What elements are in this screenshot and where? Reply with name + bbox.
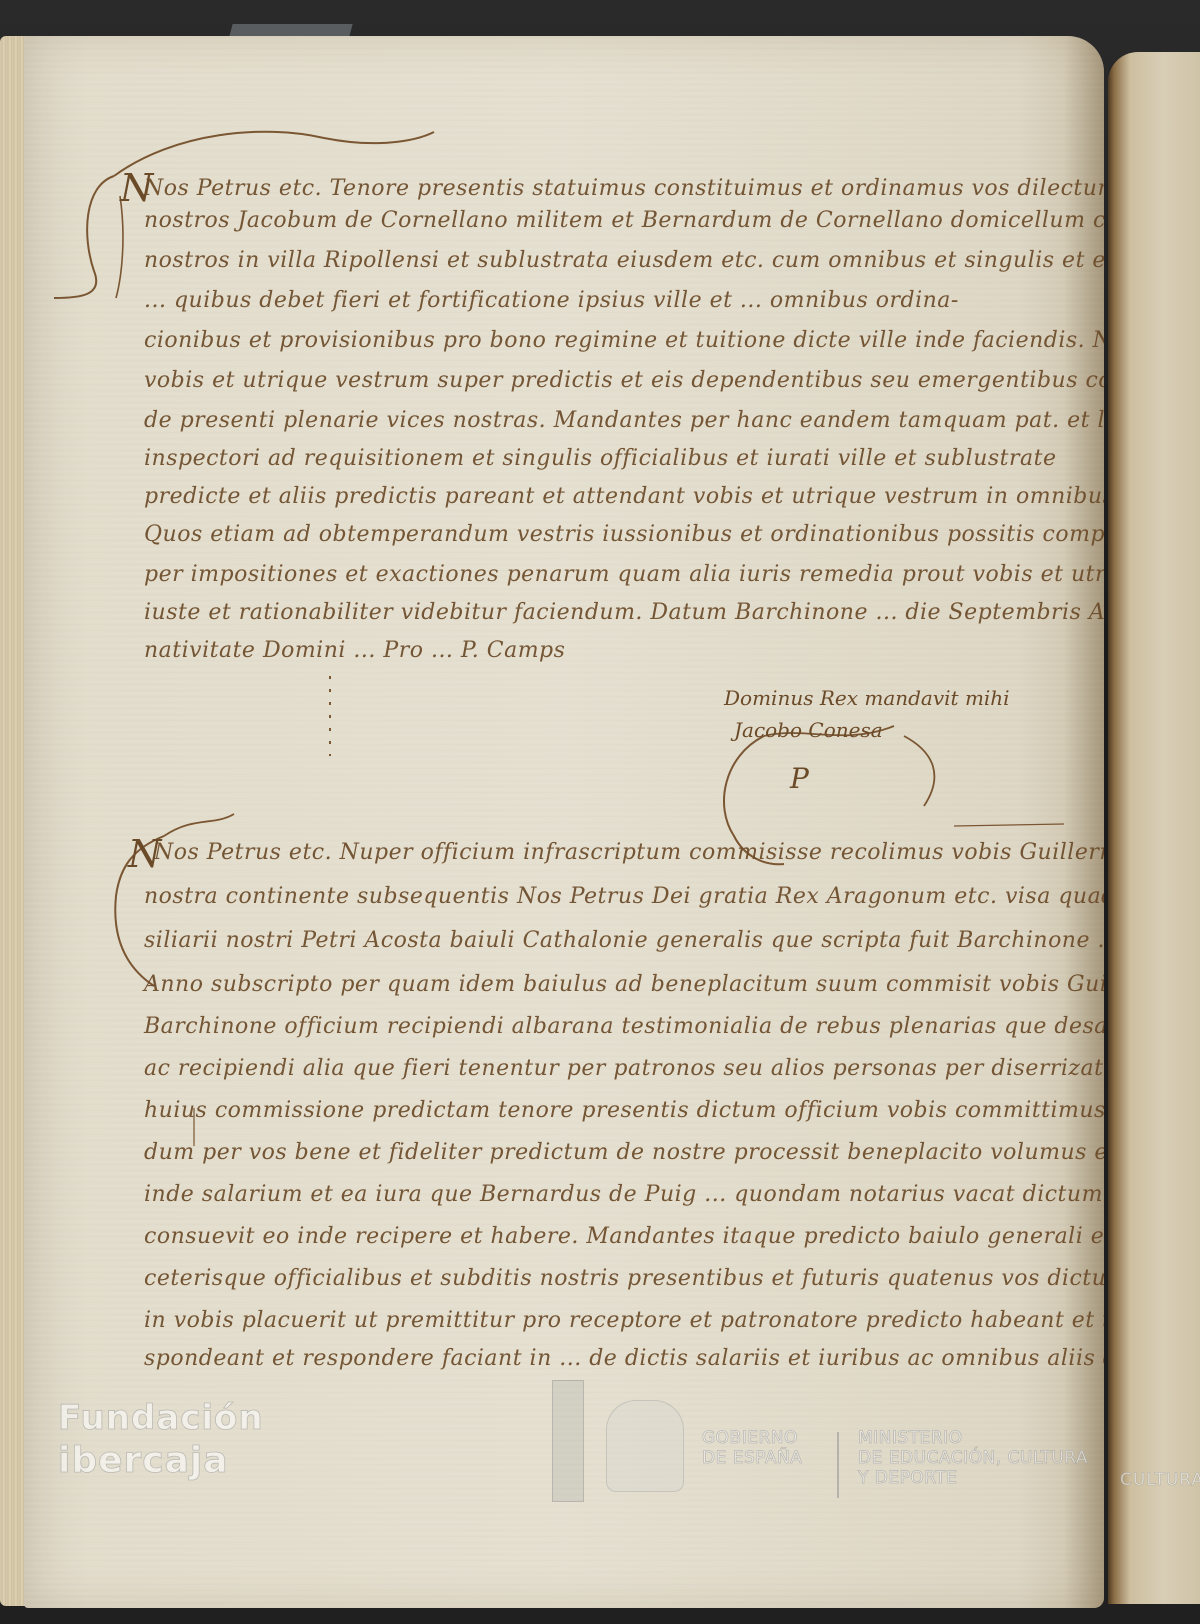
entry-2-line: spondeant et respondere faciant in ... d… <box>144 1346 1104 1371</box>
entry-2-line: ac recipiendi alia que fieri tenentur pe… <box>144 1056 1104 1081</box>
watermark-ministerio: MINISTERIO DE EDUCACIÓN, CULTURA Y DEPOR… <box>858 1428 1088 1488</box>
manuscript-page: N Nos Petrus etc. Tenore presentis statu… <box>24 36 1104 1608</box>
entry-2-line: ceterisque officialibus et subditis nost… <box>144 1266 1104 1291</box>
facing-page: CULTURA <box>1108 52 1200 1604</box>
watermark-overflow-text: CULTURA <box>1120 1470 1200 1490</box>
entry-2-line: Barchinone officium recipiendi albarana … <box>144 1014 1104 1039</box>
entry-1-line: Quos etiam ad obtemperandum vestris iuss… <box>144 522 1104 547</box>
entry-2-line: Nos Petrus etc. Nuper officium infrascri… <box>154 840 1104 865</box>
entry-2-line: consuevit eo inde recipere et habere. Ma… <box>144 1224 1104 1249</box>
watermark-divider <box>837 1432 839 1498</box>
entry-2-line: in vobis placuerit ut premittitur pro re… <box>144 1308 1104 1333</box>
entry-1-line: per impositiones et exactiones penarum q… <box>144 562 1104 587</box>
watermark-fundacion: Fundación <box>58 1398 264 1438</box>
watermark-ibercaja: ibercaja <box>58 1440 229 1481</box>
subscription-line: Dominus Rex mandavit mihi <box>724 686 1010 710</box>
gobierno-line: GOBIERNO <box>702 1428 802 1448</box>
entry-2-line: nostra continente subsequentis Nos Petru… <box>144 884 1104 909</box>
entry-1-line: nativitate Domini ... Pro ... P. Camps <box>144 638 565 663</box>
entry-2-line: inde salarium et ea iura que Bernardus d… <box>144 1182 1104 1207</box>
entry-1-line: nostros Jacobum de Cornellano militem et… <box>144 208 1104 233</box>
entry-2-line: huius commissione predictam tenore prese… <box>144 1098 1104 1123</box>
ministerio-line: MINISTERIO <box>858 1428 1088 1448</box>
entry-2-line: Anno subscripto per quam idem baiulus ad… <box>144 972 1104 997</box>
ministerio-line: Y DEPORTE <box>858 1468 1088 1488</box>
entry-1-line: inspectori ad requisitionem et singulis … <box>144 446 1057 471</box>
entry-1-line: predicte et aliis predictis pareant et a… <box>144 484 1104 509</box>
entry-1-line: ... quibus debet fieri et fortificatione… <box>144 288 959 313</box>
gobierno-line: DE ESPAÑA <box>702 1448 802 1468</box>
entry-1-line: Nos Petrus etc. Tenore presentis statuim… <box>144 176 1104 201</box>
entry-2-line: siliarii nostri Petri Acosta baiuli Cath… <box>144 928 1104 953</box>
entry-1-line: de presenti plenarie vices nostras. Mand… <box>144 408 1104 433</box>
spain-flag-icon <box>552 1380 584 1502</box>
entry-1-line: nostros in villa Ripollensi et sublustra… <box>144 248 1104 273</box>
entry-1-line: iuste et rationabiliter videbitur facien… <box>144 600 1104 625</box>
scribe-mark: P <box>790 762 809 795</box>
ministerio-line: DE EDUCACIÓN, CULTURA <box>858 1448 1088 1468</box>
watermark-gobierno: GOBIERNO DE ESPAÑA <box>702 1428 802 1468</box>
entry-2-line: dum per vos bene et fideliter predictum … <box>144 1140 1104 1165</box>
entry-1-line: vobis et utrique vestrum super predictis… <box>144 368 1104 393</box>
entry-1-line: cionibus et provisionibus pro bono regim… <box>144 328 1104 353</box>
subscription-line: Jacobo Conesa <box>734 718 883 742</box>
coat-of-arms-icon <box>606 1400 684 1492</box>
